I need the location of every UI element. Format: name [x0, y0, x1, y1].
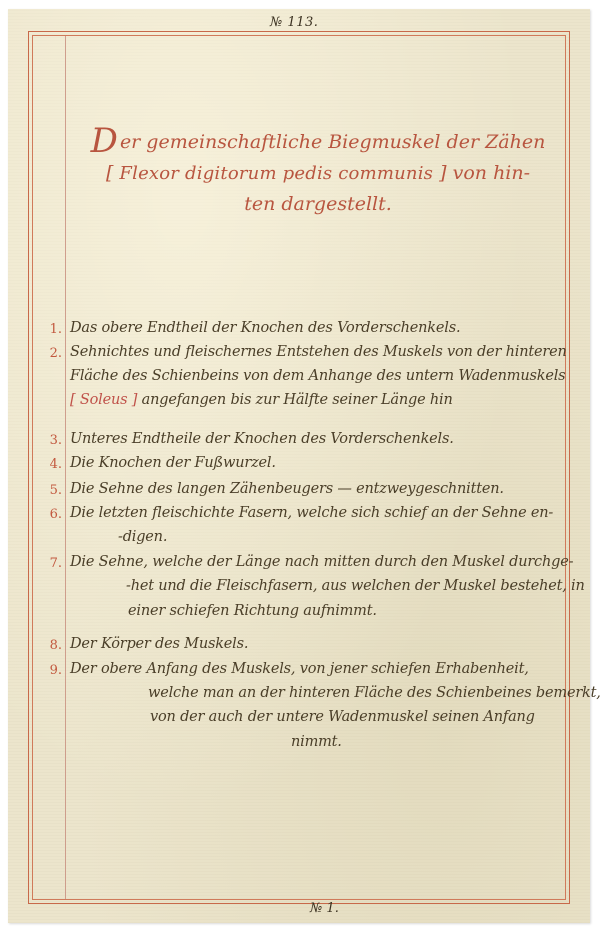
item-text-line-1: Sehnichtes und fleischernes Entstehen de…: [70, 344, 567, 360]
item-number: 6.: [46, 507, 62, 522]
item-number: 1.: [46, 322, 62, 337]
item-text: Die Sehne des langen Zähenbeugers — entz…: [70, 481, 504, 497]
item-text-line-2: welche man an der hinteren Fläche des Sc…: [148, 685, 600, 701]
item-text-line-1: Die Sehne, welche der Länge nach mitten …: [70, 554, 573, 570]
item-text: Das obere Endtheil der Knochen des Vorde…: [70, 320, 460, 336]
latin-term-soleus: Soleus: [80, 392, 127, 408]
item-text: Der Körper des Muskels.: [70, 636, 248, 652]
item-number: 9.: [46, 663, 62, 678]
item-number: 3.: [46, 433, 62, 448]
legend-list: 1. Das obere Endtheil der Knochen des Vo…: [8, 9, 590, 923]
item-text-line-1: Die letzten fleischichte Fasern, welche …: [70, 505, 553, 521]
item-number: 7.: [46, 556, 62, 571]
item-text-line-2: -het und die Fleischfasern, aus welchen …: [126, 578, 585, 594]
item-text-line-1: Der obere Anfang des Muskels, von jener …: [70, 661, 529, 677]
item-number: 2.: [46, 346, 62, 361]
item-text-line-3: von der auch der untere Wadenmuskel sein…: [150, 709, 535, 725]
item-text-line-3: einer schiefen Richtung aufnimmt.: [128, 603, 377, 619]
manuscript-page: № 113. Der gemeinschaftliche Biegmuskel …: [8, 9, 590, 923]
item-number: 4.: [46, 457, 62, 472]
item-text-line-4: nimmt.: [291, 734, 342, 750]
item-text: Unteres Endtheile der Knochen des Vorder…: [70, 431, 454, 447]
item-text-line-3: [ Soleus ] angefangen bis zur Hälfte sei…: [70, 392, 453, 408]
folio-number-bottom: № 1.: [310, 901, 339, 916]
item-number: 8.: [46, 638, 62, 653]
item-text-line-2: -digen.: [118, 529, 167, 545]
item-number: 5.: [46, 483, 62, 498]
item-text-line-2: Fläche des Schienbeins von dem Anhange d…: [70, 368, 565, 384]
item-text: Die Knochen der Fußwurzel.: [70, 455, 276, 471]
